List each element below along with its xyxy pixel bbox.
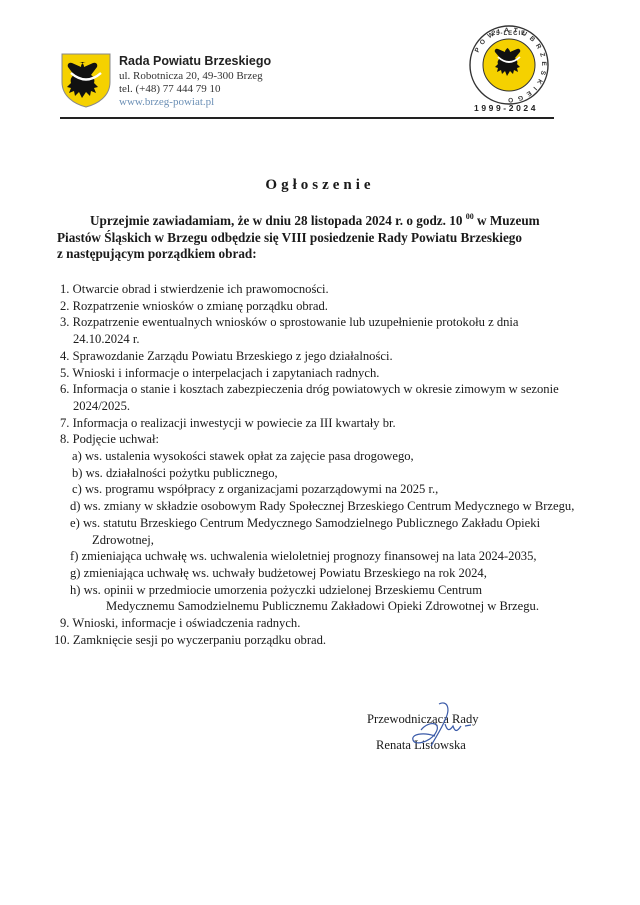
intro-line1-pre: Uprzejmie zawiadamiam, że w dniu 28 list…: [90, 213, 466, 228]
handwritten-signature-icon: [395, 700, 505, 752]
agenda-item: 3. Rozpatrzenie ewentualnych wniosków o …: [60, 314, 630, 331]
intro-line1-post: w Muzeum: [474, 213, 540, 228]
resolution-item: b) ws. działalności pożytku publicznego,: [60, 465, 630, 482]
intro-paragraph: Uprzejmie zawiadamiam, że w dniu 28 list…: [57, 209, 617, 263]
agenda-item-continuation: 24.10.2024 r.: [60, 331, 630, 348]
header-divider: [60, 117, 554, 119]
agenda-item: 2. Rozpatrzenie wniosków o zmianę porząd…: [60, 298, 630, 315]
resolution-item-continuation: Zdrowotnej,: [60, 532, 630, 549]
agenda-item: 10. Zamknięcie sesji po wyczerpaniu porz…: [54, 632, 630, 649]
agenda-item-continuation: 2024/2025.: [60, 398, 630, 415]
anniversary-seal-icon: P O W I A T U B R Z E S K I E G O 25-LEC…: [468, 24, 550, 106]
resolution-item: d) ws. zmiany w składzie osobowym Rady S…: [60, 498, 630, 515]
agenda-item: 8. Podjęcie uchwał:: [60, 431, 630, 448]
intro-time-minutes: 00: [466, 212, 474, 221]
agenda-item: 7. Informacja o realizacji inwestycji w …: [60, 415, 630, 432]
agenda-item: 9. Wnioski, informacje i oświadczenia ra…: [60, 615, 630, 632]
agenda-item: 5. Wnioski i informacje o interpelacjach…: [60, 365, 630, 382]
resolution-item: f) zmieniająca uchwałę ws. uchwalenia wi…: [60, 548, 630, 565]
seal-top-text: 25-LECIE: [492, 31, 526, 37]
intro-line3: z następującym porządkiem obrad:: [57, 246, 617, 263]
resolution-item: c) ws. programu współpracy z organizacja…: [60, 481, 630, 498]
coat-of-arms-icon: [60, 52, 112, 108]
resolution-item: e) ws. statutu Brzeskiego Centrum Medycz…: [60, 515, 630, 532]
org-phone: tel. (+48) 77 444 79 10: [119, 83, 221, 95]
agenda-list: 1. Otwarcie obrad i stwierdzenie ich pra…: [60, 281, 630, 648]
resolution-item: a) ws. ustalenia wysokości stawek opłat …: [60, 448, 630, 465]
org-address: ul. Robotnicza 20, 49-300 Brzeg: [119, 70, 263, 82]
document-title: Ogłoszenie: [0, 177, 640, 194]
intro-line2: Piastów Śląskich w Brzegu odbędzie się V…: [57, 230, 617, 247]
org-name: Rada Powiatu Brzeskiego: [119, 54, 271, 68]
agenda-item: 1. Otwarcie obrad i stwierdzenie ich pra…: [60, 281, 630, 298]
seal-years: 1999-2024: [474, 103, 538, 113]
resolution-item: g) zmieniająca uchwałę ws. uchwały budże…: [60, 565, 630, 582]
resolution-item: h) ws. opinii w przedmiocie umorzenia po…: [60, 582, 630, 599]
resolution-item-continuation: Medycznemu Samodzielnemu Publicznemu Zak…: [60, 598, 630, 615]
agenda-item: 4. Sprawozdanie Zarządu Powiatu Brzeskie…: [60, 348, 630, 365]
org-website-link[interactable]: www.brzeg-powiat.pl: [119, 96, 214, 108]
agenda-item: 6. Informacja o stanie i kosztach zabezp…: [60, 381, 630, 398]
